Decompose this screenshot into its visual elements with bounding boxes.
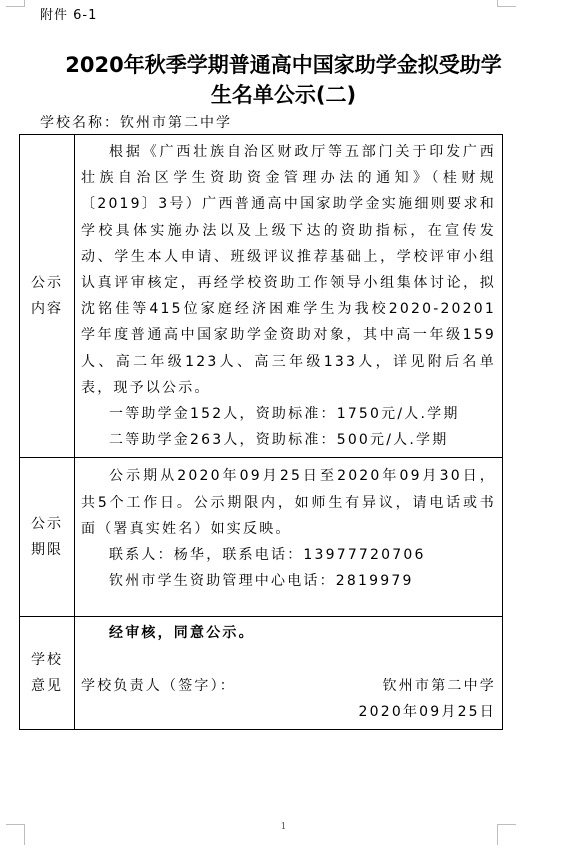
label-notice-content: 公示 内容 [20, 135, 75, 458]
crop-mark-top-left [6, 0, 25, 7]
school-opinion-cell: 经审核，同意公示。 学校负责人（签字）： 钦州市第二中学 2020年09月25日 [75, 617, 503, 730]
period-paragraph: 公示期从2020年09月25日至2020年09月30日，共5个工作日。公示期限内… [81, 463, 496, 542]
row-notice-period: 公示 期限 公示期从2020年09月25日至2020年09月30日，共5个工作日… [20, 458, 503, 617]
title-line-2: 生名单公示(二) [20, 80, 547, 110]
approval-text: 经审核，同意公示。 [81, 620, 496, 646]
school-name: 学校名称：钦州市第二中学 [40, 112, 232, 132]
row-school-opinion: 学校 意见 经审核，同意公示。 学校负责人（签字）： 钦州市第二中学 2020年… [20, 617, 503, 730]
center-phone: 钦州市学生资助管理中心电话：2819979 [81, 568, 496, 594]
row-notice-content: 公示 内容 根据《广西壮族自治区财政厅等五部门关于印发广西壮族自治区学生资助资金… [20, 135, 503, 458]
notice-paragraph: 根据《广西壮族自治区财政厅等五部门关于印发广西壮族自治区学生资助资金管理办法的通… [81, 139, 496, 401]
page-title: 2020年秋季学期普通高中国家助学金拟受助学 生名单公示(二) [20, 50, 547, 110]
approval-date: 2020年09月25日 [81, 699, 496, 725]
signer-label: 学校负责人（签字）： [81, 673, 236, 699]
label-notice-period: 公示 期限 [20, 458, 75, 617]
notice-content-cell: 根据《广西壮族自治区财政厅等五部门关于印发广西壮族自治区学生资助资金管理办法的通… [75, 135, 503, 458]
notice-period-cell: 公示期从2020年09月25日至2020年09月30日，共5个工作日。公示期限内… [75, 458, 503, 617]
crop-mark-top-right [497, 0, 516, 7]
label-school-opinion: 学校 意见 [20, 617, 75, 730]
notice-table: 公示 内容 根据《广西壮族自治区财政厅等五部门关于印发广西壮族自治区学生资助资金… [19, 134, 503, 730]
title-line-1: 2020年秋季学期普通高中国家助学金拟受助学 [20, 50, 547, 80]
page-number: 1 [0, 822, 567, 832]
contact-info: 联系人：杨华，联系电话：13977720706 [81, 542, 496, 568]
signature-row: 学校负责人（签字）： 钦州市第二中学 [81, 673, 496, 699]
school-signature: 钦州市第二中学 [383, 673, 496, 699]
attachment-label: 附件 6-1 [40, 4, 97, 23]
first-class-grant: 一等助学金152人，资助标准：1750元/人.学期 [81, 401, 496, 427]
second-class-grant: 二等助学金263人，资助标准：500元/人.学期 [81, 427, 496, 453]
